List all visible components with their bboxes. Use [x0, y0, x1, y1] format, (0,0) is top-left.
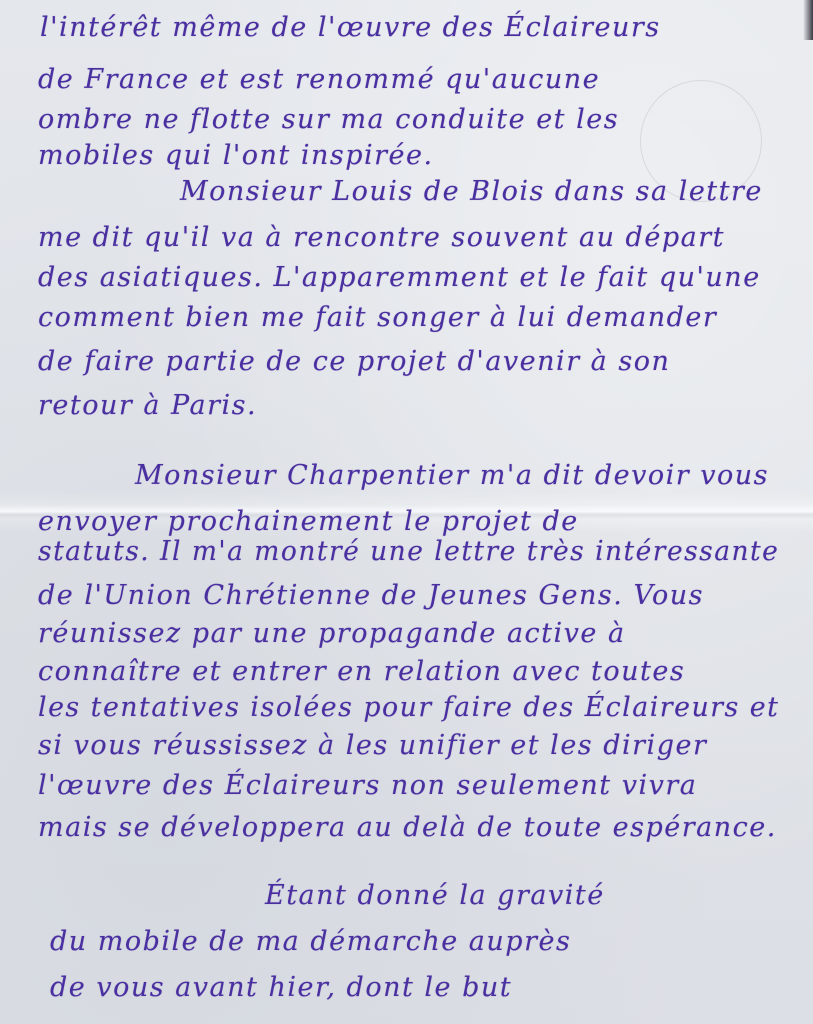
text-line: l'œuvre des Éclaireurs non seulement viv… — [38, 770, 697, 801]
paragraph-start-line: Monsieur Louis de Blois dans sa lettre — [180, 176, 763, 207]
text-line: les tentatives isolées pour faire des Éc… — [38, 692, 779, 723]
text-line: de vous avant hier, dont le but — [50, 972, 512, 1003]
text-line: si vous réussissez à les unifier et les … — [38, 730, 707, 761]
text-line: statuts. Il m'a montré une lettre très i… — [38, 536, 779, 567]
letter-page: l'intérêt même de l'œuvre des Éclaireurs… — [0, 0, 813, 1024]
text-line: envoyer prochainement le projet de — [38, 506, 579, 537]
text-line: réunissez par une propagande active à — [38, 618, 626, 649]
text-line: de l'Union Chrétienne de Jeunes Gens. Vo… — [38, 580, 704, 611]
paragraph-start-line: Monsieur Charpentier m'a dit devoir vous — [135, 460, 769, 491]
text-line: ombre ne flotte sur ma conduite et les — [38, 104, 619, 135]
text-line: mais se développera au delà de toute esp… — [38, 812, 777, 843]
text-line: connaître et entrer en relation avec tou… — [38, 656, 685, 687]
text-line: des asiatiques. L'apparemment et le fait… — [38, 262, 761, 293]
text-line: me dit qu'il va à rencontre souvent au d… — [38, 222, 725, 253]
text-line: mobiles qui l'ont inspirée. — [38, 140, 434, 171]
text-line: du mobile de ma démarche auprès — [50, 926, 571, 957]
text-line: de France et est renommé qu'aucune — [38, 64, 600, 95]
text-line: l'intérêt même de l'œuvre des Éclaireurs — [40, 12, 661, 43]
text-line: retour à Paris. — [38, 390, 257, 421]
text-line: comment bien me fait songer à lui demand… — [38, 302, 717, 333]
text-line: de faire partie de ce projet d'avenir à … — [38, 346, 670, 377]
page-edge-shadow — [803, 0, 813, 40]
paragraph-start-line: Étant donné la gravité — [265, 880, 605, 911]
